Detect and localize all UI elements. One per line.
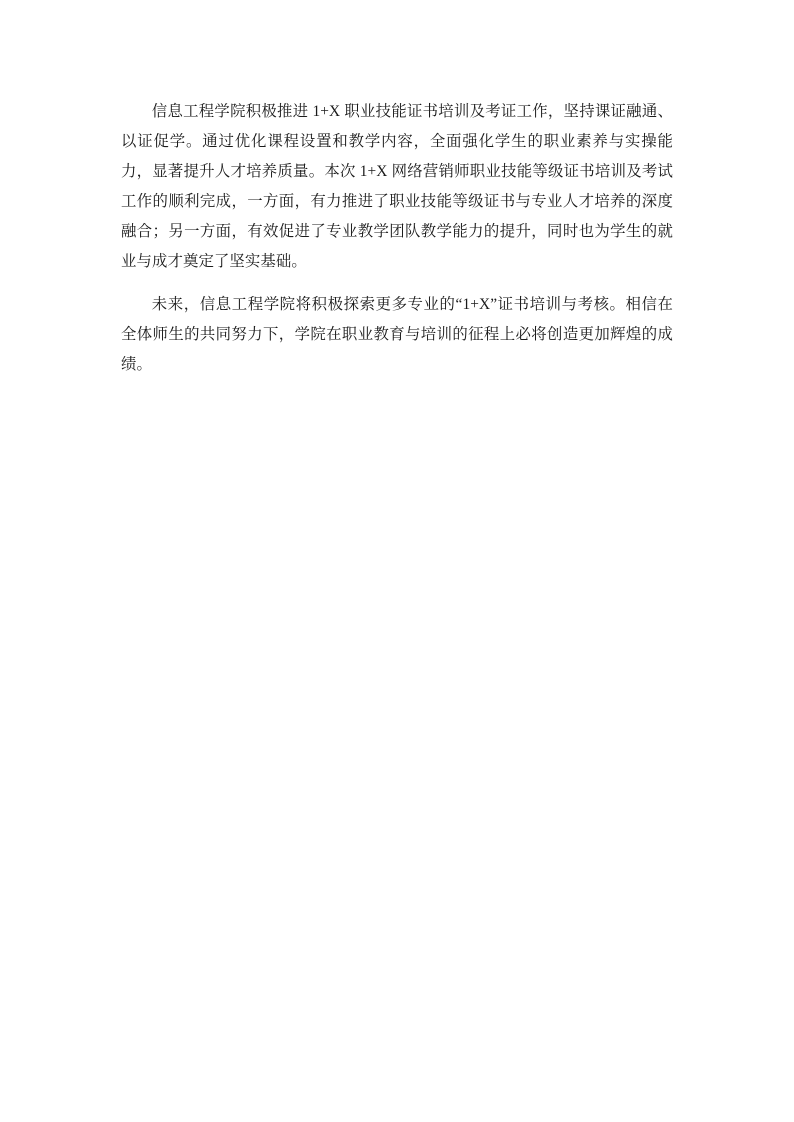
text-block: 信息工程学院积极推进 1+X 职业技能证书培训及考证工作，坚持课证融通、以证促学… [121, 97, 673, 380]
paragraph-1: 信息工程学院积极推进 1+X 职业技能证书培训及考证工作，坚持课证融通、以证促学… [121, 97, 673, 277]
document-page: 信息工程学院积极推进 1+X 职业技能证书培训及考证工作，坚持课证融通、以证促学… [0, 0, 794, 1122]
paragraph-2: 未来，信息工程学院将积极探索更多专业的“1+X”证书培训与考核。相信在全体师生的… [121, 290, 673, 380]
